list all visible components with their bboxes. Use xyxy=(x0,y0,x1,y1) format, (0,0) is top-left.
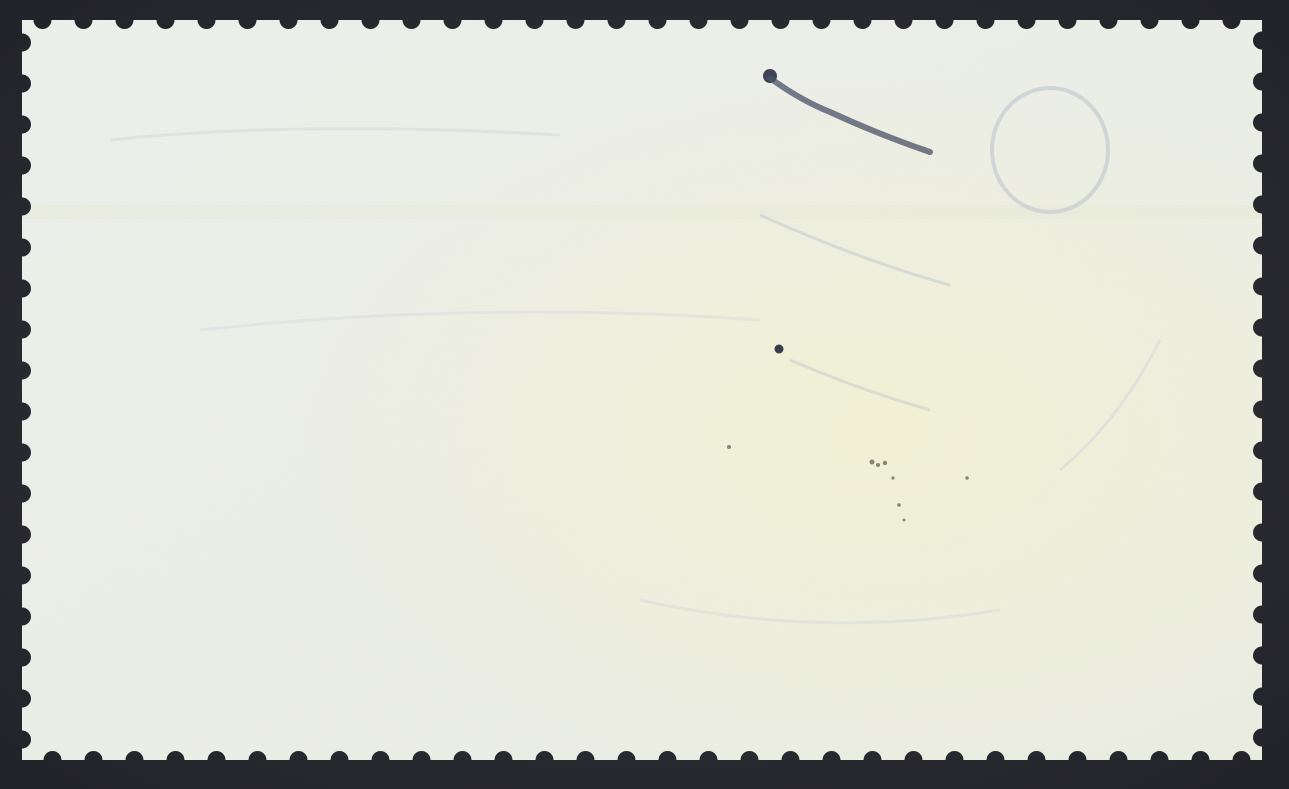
ink-speck xyxy=(775,345,784,354)
photo-scene: Reverse side of a used postage stamp wit… xyxy=(0,0,1289,789)
stamp-back xyxy=(0,0,1289,789)
